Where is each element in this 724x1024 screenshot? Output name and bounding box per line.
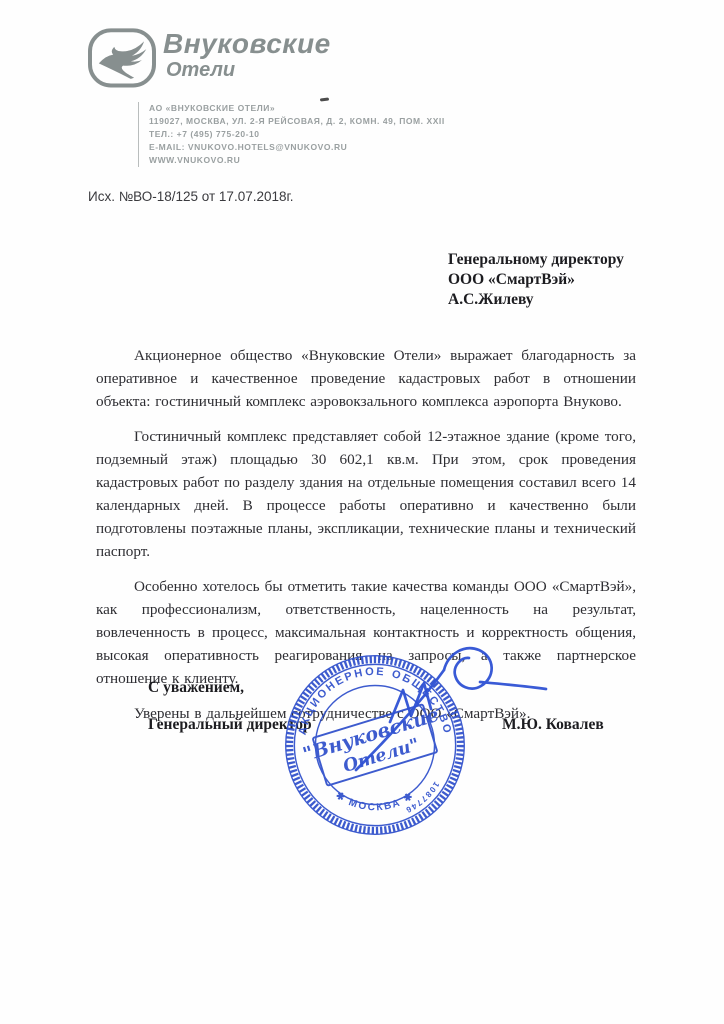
bird-icon bbox=[99, 41, 146, 79]
brand-name-line2: Отели bbox=[163, 60, 331, 80]
scan-artifact-dash bbox=[320, 97, 329, 101]
addressee-block: Генеральному директору ООО «СмартВэй» А.… bbox=[448, 250, 624, 310]
closing-salutation: С уважением, bbox=[148, 679, 244, 697]
company-phone: ТЕЛ.: +7 (495) 775-20-10 bbox=[149, 128, 445, 141]
letter-page: Внуковские Отели АО «ВНУКОВСКИЕ ОТЕЛИ» 1… bbox=[0, 0, 724, 1024]
addressee-title: Генеральному директору bbox=[448, 250, 624, 270]
vnukovo-bird-logo bbox=[86, 27, 158, 91]
company-name: АО «ВНУКОВСКИЕ ОТЕЛИ» bbox=[149, 102, 445, 115]
handwritten-signature bbox=[330, 636, 560, 798]
company-address: 119027, МОСКВА, УЛ. 2-Я РЕЙСОВАЯ, Д. 2, … bbox=[149, 115, 445, 128]
brand-name-line1: Внуковские bbox=[163, 30, 331, 58]
letterhead-contact-block: АО «ВНУКОВСКИЕ ОТЕЛИ» 119027, МОСКВА, УЛ… bbox=[138, 102, 445, 167]
addressee-person: А.С.Жилеву bbox=[448, 290, 624, 310]
outgoing-reference: Исх. №ВО-18/125 от 17.07.2018г. bbox=[88, 189, 294, 204]
addressee-company: ООО «СмартВэй» bbox=[448, 270, 624, 290]
company-email: E-MAIL: VNUKOVO.HOTELS@VNUKOVO.RU bbox=[149, 141, 445, 154]
brand-wordmark: Внуковские Отели bbox=[163, 30, 331, 80]
paragraph: Гостиничный комплекс представляет собой … bbox=[96, 425, 636, 563]
paragraph: Акционерное общество «Внуковские Отели» … bbox=[96, 344, 636, 413]
company-website: WWW.VNUKOVO.RU bbox=[149, 154, 445, 167]
